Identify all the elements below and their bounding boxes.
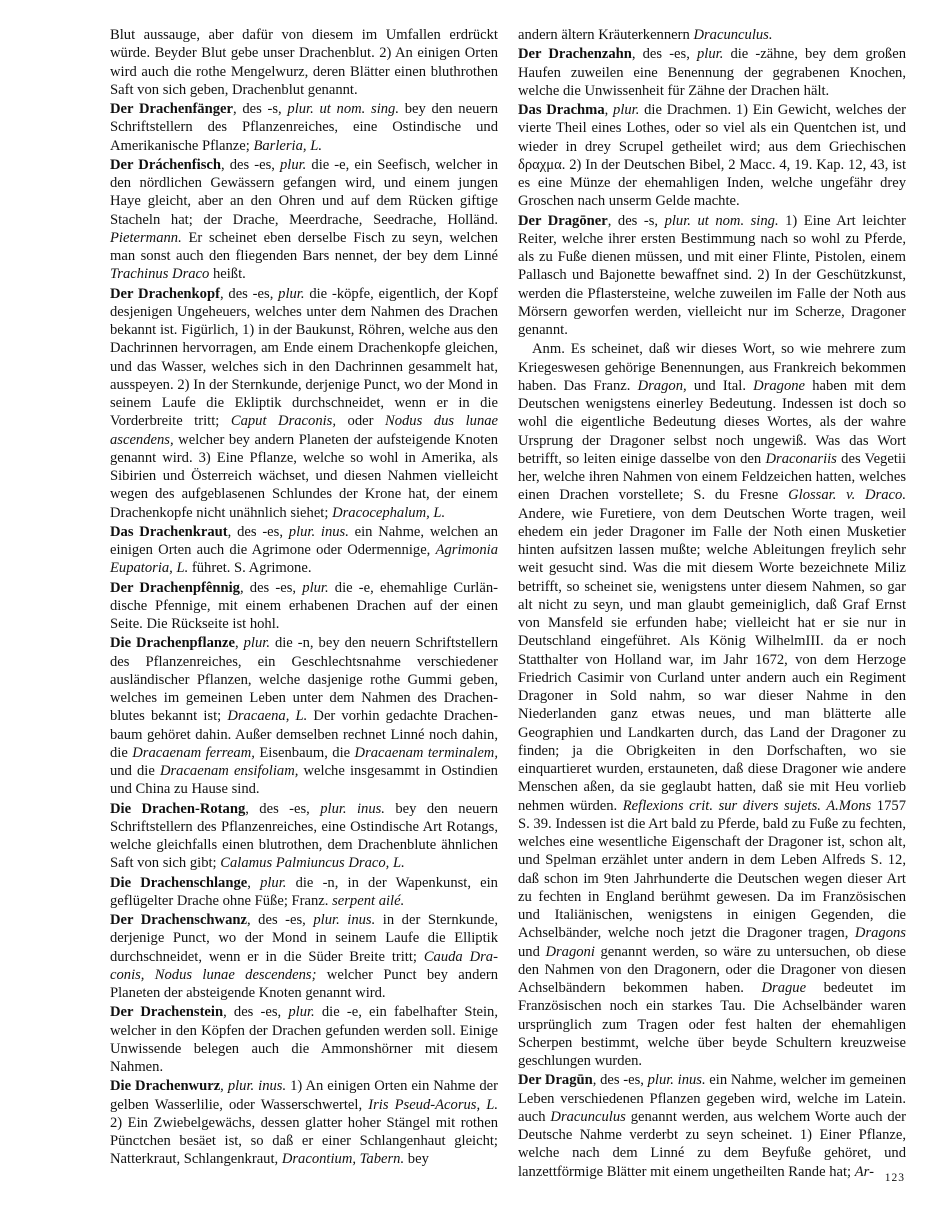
italic-term: plur.	[278, 286, 304, 302]
dictionary-entry: Der Drachenzahn, des -es, plur. die -zäh…	[518, 45, 906, 100]
dictionary-entry: Die Drachenwurz, plur. inus. 1) An einig…	[110, 1077, 498, 1168]
body-text: ,	[220, 1078, 228, 1094]
body-text: andern ältern Kräuterkennern	[518, 27, 693, 43]
body-text: , des -s,	[233, 101, 287, 117]
italic-term: Dracaena, L.	[227, 708, 307, 724]
body-text: 1757 S. 39. Indessen ist die Art bald zu…	[518, 798, 906, 942]
italic-term: Dragon,	[638, 378, 687, 394]
body-text: und Ital.	[687, 378, 754, 394]
italic-term: Caput Draco­nis,	[231, 413, 336, 429]
italic-term: Dracocephalum, L.	[332, 505, 445, 521]
body-text: bey	[404, 1151, 429, 1167]
italic-term: Trachinus Draco	[110, 266, 209, 282]
dictionary-entry: Das Drachenkraut, des -es, plur. inus. e…	[110, 523, 498, 578]
italic-term: Iris Pseud-Aco­rus, L.	[368, 1097, 498, 1113]
body-text: , des -es,	[220, 286, 278, 302]
italic-term: plur.	[288, 1004, 314, 1020]
body-text: oder	[336, 413, 385, 429]
italic-term: Dragons	[855, 925, 906, 941]
italic-term: plur.	[260, 875, 286, 891]
body-text: , des -es,	[247, 912, 313, 928]
dictionary-entry: Der Drachenfänger, des -s, plur. ut nom.…	[110, 100, 498, 155]
page-number: 123	[885, 1172, 905, 1184]
italic-term: Calamus Palmiuncus Draco, L.	[220, 855, 404, 871]
italic-term: Dracaenam ter­minalem,	[355, 745, 498, 761]
headword: Die Drachenschlange	[110, 875, 247, 891]
headword: Der Drachenkopf	[110, 286, 220, 302]
body-text: heißt.	[209, 266, 245, 282]
headword: Die Drachenpflanze	[110, 635, 235, 651]
dictionary-entry: Die Drachenschlange, plur. die -n, in de…	[110, 874, 498, 911]
italic-term: Dracunculus	[550, 1109, 625, 1125]
italic-term: plur.	[280, 157, 306, 173]
body-text: und die	[110, 763, 160, 779]
italic-term: plur. ut nom. sing.	[665, 213, 779, 229]
body-text: Eisenbaum, die	[255, 745, 355, 761]
body-text: Andere, wie Furetiere, von dem Deutschen…	[518, 506, 906, 814]
italic-term: plur.	[302, 580, 328, 596]
italic-term: Dragone	[753, 378, 805, 394]
headword: Der Drachenschwanz	[110, 912, 247, 928]
italic-term: plur. inus.	[648, 1072, 706, 1088]
annotation-note: Anm. Es scheinet, daß wir dieses Wort, s…	[518, 340, 906, 1070]
headword: Der Dragōner	[518, 213, 608, 229]
dictionary-entry: Der Drachenkopf, des -es, plur. die -köp…	[110, 285, 498, 522]
italic-term: Ar-	[855, 1164, 874, 1180]
italic-term: Dracaenam ferream,	[132, 745, 255, 761]
italic-term: Drague	[761, 980, 806, 996]
body-text: ,	[235, 635, 244, 651]
italic-term: plur. inus.	[313, 912, 375, 928]
headword: Das Drachenkraut	[110, 524, 228, 540]
body-text: die Drachmen. 1) Ein Gewicht, welches de…	[518, 102, 906, 209]
italic-term: Dracaenam ensifoliam,	[160, 763, 298, 779]
italic-term: plur.	[244, 635, 270, 651]
dictionary-entry: Die Drachen-Rotang, des -es, plur. inus.…	[110, 800, 498, 873]
italic-term: Pietermann.	[110, 230, 182, 246]
body-text: ,	[605, 102, 613, 118]
italic-term: Glossar. v. Draco.	[788, 487, 906, 503]
italic-term: Dracunculus.	[693, 27, 772, 43]
body-text: führet. S. Agrimone.	[188, 560, 311, 576]
headword: Das Drachma	[518, 102, 605, 118]
body-text: , des -es,	[228, 524, 289, 540]
body-text: , des -es,	[632, 46, 697, 62]
body-text: , des -es,	[240, 580, 302, 596]
dictionary-entry: Die Drachenpflanze, plur. die -n, bey de…	[110, 634, 498, 798]
italic-term: plur.	[613, 102, 639, 118]
italic-term: serpent ailé.	[332, 893, 404, 909]
italic-term: plur. inus.	[289, 524, 349, 540]
italic-term: Reflexions crit. sur divers sujets. A.Mo…	[623, 798, 871, 814]
dictionary-entry: Der Dragōner, des -s, plur. ut nom. sing…	[518, 212, 906, 340]
body-text: 1) Eine Art leichter Reiter, welche ihre…	[518, 213, 906, 339]
left-column: Blut aussauge, aber dafür von diesem im …	[110, 26, 498, 1170]
body-text: , des -es,	[593, 1072, 648, 1088]
headword: Der Drachenzahn	[518, 46, 632, 62]
body-text: und	[518, 944, 545, 960]
body-text: , des -es,	[221, 157, 280, 173]
dictionary-entry: Der Drachenpfênnig, des -es, plur. die -…	[110, 579, 498, 634]
continued-text: Blut aussauge, aber dafür von diesem im …	[110, 26, 498, 99]
body-text: , des -es,	[245, 801, 320, 817]
dictionary-entry: Der Drachenstein, des -es, plur. die -e,…	[110, 1003, 498, 1076]
italic-term: plur.	[697, 46, 723, 62]
right-column: andern ältern Kräuterkennern Dracunculus…	[518, 26, 906, 1182]
headword: Der Drachenfänger	[110, 101, 233, 117]
italic-term: Draconariis	[766, 451, 837, 467]
headword: Der Drachenstein	[110, 1004, 223, 1020]
italic-term: Barleria, L.	[253, 138, 322, 154]
headword: Der Dragūn	[518, 1072, 593, 1088]
body-text: , des -es,	[223, 1004, 288, 1020]
headword: Der Drachenpfênnig	[110, 580, 240, 596]
dictionary-entry: Das Drachma, plur. die Drachmen. 1) Ein …	[518, 101, 906, 211]
body-text: Blut aussauge, aber dafür von diesem im …	[110, 27, 498, 98]
italic-term: Dracontium, Tabern.	[282, 1151, 404, 1167]
italic-term: plur. inus.	[228, 1078, 286, 1094]
body-text: die -köpfe, eigentlich, der Kopf desjeni…	[110, 286, 498, 430]
headword: Die Drachen-Rotang	[110, 801, 245, 817]
dictionary-entry: Der Dráchenfisch, des -es, plur. die -e,…	[110, 156, 498, 284]
dictionary-entry: Der Drachenschwanz, des -es, plur. inus.…	[110, 911, 498, 1002]
headword: Der Dráchenfisch	[110, 157, 221, 173]
body-text: ,	[247, 875, 260, 891]
continued-text: andern ältern Kräuterkennern Dracunculus…	[518, 26, 906, 44]
dictionary-entry: Der Dragūn, des -es, plur. inus. ein Nah…	[518, 1071, 906, 1181]
italic-term: plur. inus.	[320, 801, 385, 817]
body-text: , des -s,	[608, 213, 665, 229]
headword: Die Drachenwurz	[110, 1078, 220, 1094]
italic-term: plur. ut nom. sing.	[287, 101, 399, 117]
italic-term: Dragoni	[545, 944, 594, 960]
